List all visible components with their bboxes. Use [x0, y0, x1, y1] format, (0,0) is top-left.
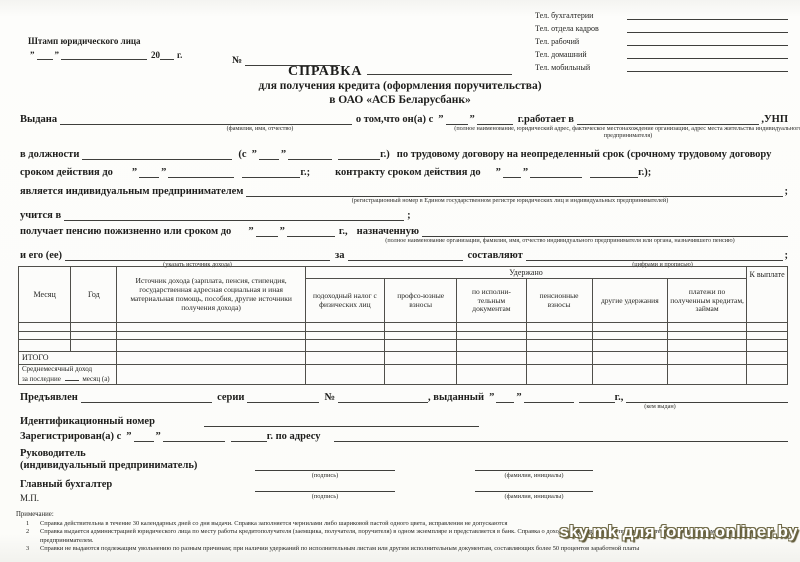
registered-month-field	[163, 431, 225, 442]
income-amount-label: составляют	[468, 250, 526, 261]
since-day-field	[259, 149, 279, 160]
phone-field	[627, 37, 788, 46]
stamp-year-prefix: 20	[151, 50, 160, 60]
position-field	[82, 149, 232, 160]
average-income-label: Среднемесячный доход за последние месяц …	[19, 364, 117, 384]
quote-mark: ”	[278, 226, 287, 237]
head-name-line: (фамилия, инициалы)	[475, 470, 593, 471]
contract-text: по трудовому договору на неопределенный …	[393, 149, 775, 160]
stamp-year-field	[160, 50, 174, 60]
note-number: 2	[16, 528, 40, 545]
head-label-block: Руководитель (индивидуальный предпринима…	[20, 448, 197, 471]
stamp-year-suffix: г.	[177, 50, 182, 60]
quote-mark: ”	[154, 431, 163, 442]
income-table: Месяц Год Источник дохода (зарплата, пен…	[18, 266, 788, 385]
quote-mark: ”	[159, 167, 168, 178]
stamp-month-field	[61, 50, 147, 60]
passport-issued-by-caption: (кем выдан)	[525, 403, 795, 410]
accountant-signature-line: (подпись)	[255, 491, 395, 492]
studies-label: учится в	[20, 210, 64, 221]
average-months-field	[65, 374, 79, 381]
col-header-union-dues: профсо-юзные взносы	[385, 279, 457, 323]
average-income-line2: за последние месяц (а)	[22, 374, 114, 384]
pension-appointed-text: назначенную	[357, 226, 422, 237]
col-header-year: Год	[71, 267, 117, 323]
unp-label: ,УНП	[759, 114, 788, 125]
phone-field	[627, 24, 788, 33]
since-year-field	[338, 149, 380, 160]
pension-caption: (полное наименование организации, фамили…	[345, 237, 775, 244]
col-header-income-tax: подоходный налог с физических лиц	[305, 279, 384, 323]
issued-line: Выдана о том,что он(а) с ” ” г.работает …	[20, 112, 788, 125]
quote-mark: ”	[28, 50, 37, 60]
term-month-field	[168, 167, 234, 178]
col-header-other-withholdings: другие удержания	[592, 279, 667, 323]
stamp-day-field	[37, 50, 53, 60]
quote-mark: ”	[487, 392, 496, 403]
note-number: 3	[16, 545, 40, 553]
organization-field	[577, 114, 759, 125]
accountant-name-caption: (фамилия, инициалы)	[463, 493, 605, 501]
seal-label: М.П.	[20, 494, 39, 504]
contract-day-field	[503, 167, 521, 178]
income-amount-field	[526, 250, 783, 261]
quote-mark: ”	[436, 114, 445, 125]
average-months-pre: за последние	[22, 375, 61, 383]
entrepreneur-end: ;	[783, 186, 789, 197]
quote-mark: ”	[130, 167, 139, 178]
passport-issued-g-text: г.,	[615, 392, 627, 403]
since-open-text: (с	[238, 149, 249, 160]
registered-year-field	[231, 431, 267, 442]
stamp-label: Штамп юридического лица	[28, 36, 182, 46]
fio-field	[60, 114, 352, 125]
title-subtitle-2: в ОАО «АСБ Беларусбанк»	[0, 94, 800, 108]
since-month-field	[288, 149, 332, 160]
term-day-field	[139, 167, 159, 178]
entrepreneur-caption: (регистрационный номер в Едином государс…	[265, 197, 755, 204]
phone-field	[627, 11, 788, 20]
table-header-group-row: Месяц Год Источник дохода (зарплата, пен…	[19, 267, 788, 279]
registered-line: Зарегистрирован(а) с ” ” г. по адресу	[20, 429, 788, 442]
notes-heading: Примечание:	[16, 511, 794, 520]
term-until-label: сроком действия до	[20, 167, 116, 178]
passport-series-field	[247, 392, 319, 403]
passport-line: Предъявлен серии № , выданный ” ” г., (к…	[20, 390, 788, 403]
org-caption: (полное наименование, юридический адрес,…	[448, 125, 800, 140]
term-line: сроком действия до ” ” г.; контракту сро…	[20, 165, 788, 178]
passport-series-label: серии	[217, 392, 247, 403]
col-header-source: Источник дохода (зарплата, пенсия, стипе…	[117, 267, 305, 323]
note-item: 3 Справки не выдаются подлежащим увольне…	[16, 545, 794, 553]
pension-authority-field	[422, 226, 788, 237]
pension-label: получает пенсию пожизненно или сроком до	[20, 226, 234, 237]
quote-mark: ”	[250, 149, 259, 160]
contract-month-field	[530, 167, 582, 178]
note-number: 1	[16, 520, 40, 528]
phone-label: Тел. домашний	[535, 50, 627, 59]
phone-field	[627, 50, 788, 59]
about-text: о том,что он(а) с	[352, 114, 436, 125]
head-signature-caption: (подпись)	[241, 472, 409, 480]
income-label: и его (ее)	[20, 250, 65, 261]
head-name-caption: (фамилия, инициалы)	[463, 472, 605, 480]
passport-issue-day-field	[496, 392, 514, 403]
studies-field	[64, 210, 404, 221]
passport-issued-text: , выданный	[428, 392, 487, 403]
studies-line: учится в ;	[20, 208, 788, 221]
income-end: ;	[783, 250, 789, 261]
works-in-text: г.работает в	[518, 114, 577, 125]
contract-g-text: г.);	[638, 167, 654, 178]
phone-row: Тел. домашний	[535, 46, 788, 59]
id-number-label: Идентификационный номер	[20, 416, 158, 427]
passport-number-field	[338, 392, 428, 403]
table-average-row: Среднемесячный доход за последние месяц …	[19, 364, 788, 384]
id-number-field	[204, 416, 479, 427]
col-header-payable: К выплате	[747, 267, 788, 323]
position-line: в должности (с ” ” г.) по трудовому дого…	[20, 147, 788, 160]
position-label: в должности	[20, 149, 82, 160]
phone-label: Тел. отдела кадров	[535, 24, 627, 33]
table-total-row: ИТОГО	[19, 352, 788, 364]
passport-doc-field	[81, 392, 212, 403]
income-line: и его (ее) за составляют ; (указать исто…	[20, 248, 788, 261]
pension-day-field	[256, 226, 278, 237]
id-number-line: Идентификационный номер	[20, 414, 788, 427]
title-field	[367, 63, 512, 75]
quote-mark: ”	[53, 50, 62, 60]
quote-mark: ”	[468, 114, 477, 125]
since-close-text: г.)	[380, 149, 393, 160]
passport-issue-year-field	[579, 392, 615, 403]
pension-g-text: г.,	[339, 226, 351, 237]
month-field	[477, 114, 513, 125]
accountant-signature-caption: (подпись)	[241, 493, 409, 501]
phone-row: Тел. отдела кадров	[535, 20, 788, 33]
passport-number-sign: №	[324, 392, 338, 403]
col-header-pension-dues: пенсионные взносы	[526, 279, 592, 323]
fio-caption: (фамилия, имя, отчество)	[95, 125, 425, 132]
phone-row: Тел. рабочий	[535, 33, 788, 46]
head-label-1: Руководитель	[20, 448, 197, 460]
income-period-field	[348, 250, 463, 261]
registered-address-field	[334, 431, 788, 442]
stamp-block: Штамп юридического лица ” ” 20 г.	[28, 36, 182, 60]
registered-g-text: г. по адресу	[267, 431, 324, 442]
table-blank-row	[19, 340, 788, 352]
average-income-line1: Среднемесячный доход	[22, 366, 114, 374]
col-header-month: Месяц	[19, 267, 71, 323]
col-group-withheld: Удержано	[305, 267, 746, 279]
quote-mark: ”	[246, 226, 255, 237]
table-blank-row	[19, 323, 788, 332]
quote-mark: ”	[279, 149, 288, 160]
quote-mark: ”	[494, 167, 503, 178]
title-block: СПРАВКА для получения кредита (оформлени…	[0, 63, 800, 107]
phone-label: Тел. бухгалтерии	[535, 11, 627, 20]
registered-day-field	[134, 431, 154, 442]
col-header-writ-docs: по исполни-тельным документам	[457, 279, 526, 323]
term-year-field	[242, 167, 300, 178]
registered-label: Зарегистрирован(а) с	[20, 431, 124, 442]
title-subtitle-1: для получения кредита (оформления поручи…	[0, 80, 800, 94]
average-months-post: месяц (а)	[82, 375, 109, 383]
passport-issue-month-field	[524, 392, 574, 403]
credit-certificate-form: Штамп юридического лица ” ” 20 г. № Тел.…	[0, 0, 800, 562]
studies-end: ;	[404, 210, 414, 221]
passport-presented-label: Предъявлен	[20, 392, 81, 403]
issued-label: Выдана	[20, 114, 60, 125]
head-signature-line: (подпись)	[255, 470, 395, 471]
stamp-date-line: ” ” 20 г.	[28, 50, 182, 60]
entrepreneur-field	[246, 186, 782, 197]
contract-until-label: контракту сроком действия до	[335, 167, 483, 178]
accountant-name-line: (фамилия, инициалы)	[475, 491, 593, 492]
passport-issued-by-field	[626, 392, 788, 403]
pension-line: получает пенсию пожизненно или сроком до…	[20, 224, 788, 237]
entrepreneur-line: является индивидуальным предпринимателем…	[20, 184, 788, 197]
contract-year-field	[590, 167, 638, 178]
quote-mark: ”	[514, 392, 523, 403]
day-field	[446, 114, 468, 125]
note-text: Справки не выдаются подлежащим увольнени…	[40, 545, 794, 553]
quote-mark: ”	[124, 431, 133, 442]
head-label-2: (индивидуальный предприниматель)	[20, 460, 197, 472]
phone-label: Тел. рабочий	[535, 37, 627, 46]
quote-mark: ”	[521, 167, 530, 178]
accountant-label: Главный бухгалтер	[20, 479, 112, 491]
phone-row: Тел. бухгалтерии	[535, 7, 788, 20]
income-source-field	[65, 250, 330, 261]
total-label: ИТОГО	[19, 352, 117, 364]
page-title: СПРАВКА	[288, 64, 362, 79]
pension-month-field	[287, 226, 335, 237]
title-line: СПРАВКА	[0, 63, 800, 80]
watermark: sky.mk для forum.onliner.by	[559, 522, 798, 542]
income-for-text: за	[335, 250, 347, 261]
col-header-loan-payments: платежи по полученным кредитам, займам	[667, 279, 746, 323]
entrepreneur-label: является индивидуальным предпринимателем	[20, 186, 246, 197]
table-blank-row	[19, 332, 788, 340]
term-g-text: г.;	[300, 167, 313, 178]
